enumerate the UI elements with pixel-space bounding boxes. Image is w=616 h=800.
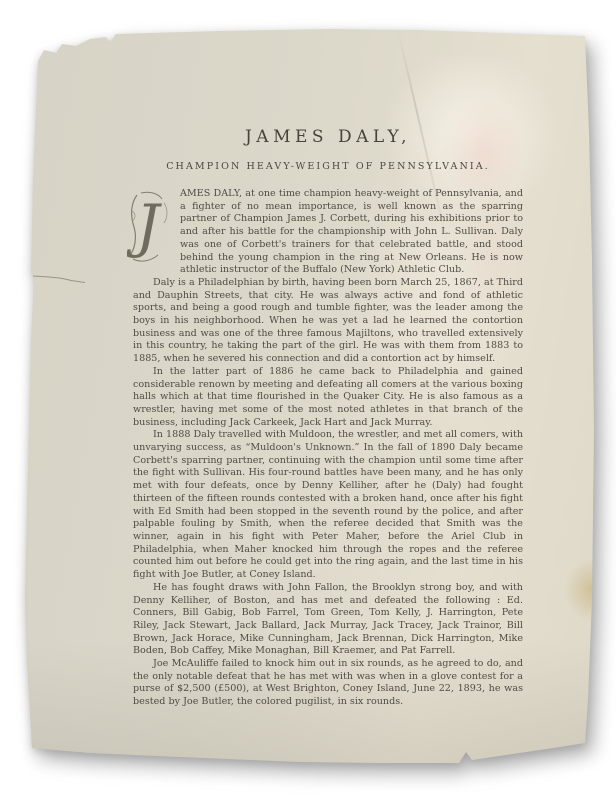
paragraph: Daly is a Philadelphian by birth, having… xyxy=(133,277,523,366)
floral-flourish-icon: J xyxy=(127,189,173,265)
paragraph: In 1888 Daly travelled with Muldoon, the… xyxy=(133,429,523,581)
document-content: JAMES DALY, CHAMPION HEAVY-WEIGHT OF PEN… xyxy=(133,127,523,709)
tan-water-stain xyxy=(548,552,610,647)
paper-shadow: JAMES DALY, CHAMPION HEAVY-WEIGHT OF PEN… xyxy=(0,0,616,800)
document-body: J AMES DALY, at one time champion heavy-… xyxy=(133,188,523,709)
paragraph-text: AMES DALY, at one time champion heavy-we… xyxy=(180,188,523,275)
ornate-drop-cap: J xyxy=(127,189,173,265)
paragraph: Joe McAuliffe failed to knock him out in… xyxy=(133,658,523,709)
document-title: JAMES DALY, xyxy=(133,127,523,147)
paragraph: He has fought draws with John Fallon, th… xyxy=(133,582,523,658)
tear-line xyxy=(33,269,89,279)
document-subtitle: CHAMPION HEAVY-WEIGHT OF PENNSYLVANIA. xyxy=(133,161,523,172)
svg-text:J: J xyxy=(127,192,162,260)
paragraph: In the latter part of 1886 he came back … xyxy=(133,366,523,430)
paper-sheet: JAMES DALY, CHAMPION HEAVY-WEIGHT OF PEN… xyxy=(0,0,616,800)
paragraph: J AMES DALY, at one time champion heavy-… xyxy=(133,188,523,277)
